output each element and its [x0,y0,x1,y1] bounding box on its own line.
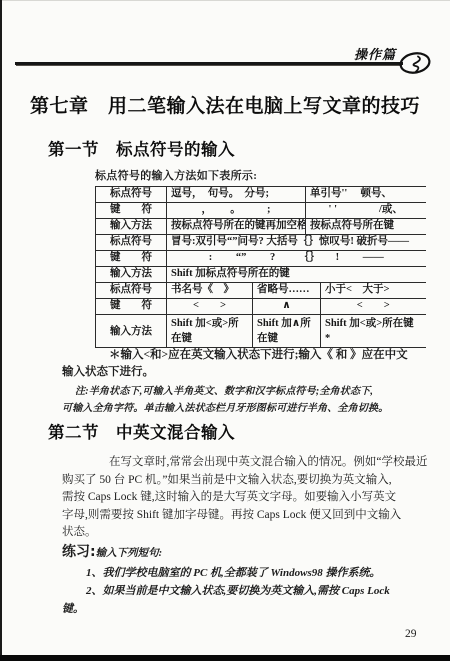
exercise-label: 练习: [62,544,96,560]
paragraph-line: 购买了 50 台 PC 机。”如果当前是中文输入状态,要切换为英文输入, [62,472,420,490]
running-header: 操作篇 [354,44,396,63]
cell: 按标点符号所在的键再加空格键 [167,219,306,235]
cell: 省略号…… [253,283,321,299]
book-page: 操作篇 第七章 用二笔输入法在电脑上写文章的技巧 第一节 标点符号的输入 标点符… [0,0,450,661]
table-row: 键 符 ， 。 ; ' ' /或、 [96,203,426,219]
scan-edge-left [0,0,2,661]
footnote-zhu-line2: 可输入全角字符。单击输入法状态栏月牙形图标可进行半角、全角切换。 [62,401,420,418]
scan-edge-top [0,0,450,1]
footnote-zhu-line1: 注:半角状态下,可输入半角英文、数字和汉字标点符号;全角状态下, [62,384,420,401]
header-rule [15,62,403,65]
paragraph-line: 字母,则需要按 Shift 键加字母键。再按 Caps Lock 便又回到中文输… [62,507,420,525]
table-row: 标点符号 冒号:双引号“”问号? 大括号｛｝惊叹号! 破折号—— [96,235,426,251]
exercise-item-1: 1、我们学校电脑室的 PC 机,全都装了 Windows98 操作系统。 [62,564,420,582]
footnote-star-line1: ＊输入<和>应在英文输入状态下进行;输入《 和 》应在中文 [62,347,420,364]
cell: 按标点符号所在键 [306,219,426,235]
footnote-star-line2: 输入状态下进行。 [62,364,420,381]
cell: Shift 加<或>所在键 * [321,315,426,348]
exercise-heading: 练习:输入下列短句: [62,541,420,561]
cell: 书名号《 》 [167,283,253,299]
table-row: 键 符 < > ∧ < > [96,299,426,315]
exercise-block: 练习:输入下列短句: 1、我们学校电脑室的 PC 机,全都装了 Windows9… [62,541,420,618]
page-number: 29 [405,628,417,640]
section1-title: 第一节 标点符号的输入 [48,136,235,160]
row-label: 键 符 [96,203,167,219]
table-row: 输入方法 按标点符号所在的键再加空格键 按标点符号所在键 [96,219,426,235]
row-label: 标点符号 [96,283,167,299]
cell: Shift 加∧所在键 [253,315,321,348]
paragraph-line: 状态。 [62,524,420,542]
row-label: 标点符号 [96,187,167,203]
table-row: 键 符 : “” ? ｛｝ ! —— [96,251,426,267]
exercise-subtitle: 输入下列短句: [96,548,163,559]
section2-paragraph: 在写文章时,常常会出现中英文混合输入的情况。例如“学校最近 购买了 50 台 P… [62,454,420,542]
row-label: 输入方法 [96,267,167,283]
row-label: 键 符 [96,299,167,315]
cell: < > [167,299,253,315]
cell: : “” ? ｛｝ ! —— [167,251,426,267]
paragraph-line: 需按 Caps Lock 键,这时输入的是大写英文字母。如要输入小写英文 [62,489,420,507]
paragraph-line: 在写文章时,常常会出现中英文混合输入的情况。例如“学校最近 [62,454,420,472]
chapter-title: 第七章 用二笔输入法在电脑上写文章的技巧 [10,91,440,118]
section2-title: 第二节 中英文混合输入 [48,419,235,443]
punctuation-table: 标点符号 逗号， 句号。 分号; 单引号'' 顿号、 键 符 ， 。 ; ' '… [95,186,426,348]
table-row: 标点符号 逗号， 句号。 分号; 单引号'' 顿号、 [96,187,426,203]
cell: 逗号， 句号。 分号; [167,187,306,203]
cell: ' ' /或、 [306,203,426,219]
row-label: 键 符 [96,251,167,267]
chapter-ornament-icon [399,51,431,75]
cell: ， 。 ; [167,203,306,219]
table-footnotes: ＊输入<和>应在英文输入状态下进行;输入《 和 》应在中文 输入状态下进行。 注… [62,347,420,417]
cell: < > [321,299,426,315]
cell: ∧ [253,299,321,315]
exercise-item-2-continuation: 键。 [62,600,420,618]
row-label: 输入方法 [96,219,167,235]
scan-edge-bottom [0,655,450,661]
table-row: 输入方法 Shift 加<或>所在键 Shift 加∧所在键 Shift 加<或… [96,315,426,348]
cell: Shift 加<或>所在键 [167,315,253,348]
row-label: 标点符号 [96,235,167,251]
exercise-item-2: 2、如果当前是中文输入状态,要切换为英文输入,需按 Caps Lock [62,582,420,600]
table-row: 输入方法 Shift 加标点符号所在的键 [96,267,426,283]
cell: 小于< 大于> [321,283,426,299]
table-intro: 标点符号的输入方法如下表所示: [95,167,257,183]
row-label: 输入方法 [96,315,167,348]
cell: 冒号:双引号“”问号? 大括号｛｝惊叹号! 破折号—— [167,235,426,251]
cell: Shift 加标点符号所在的键 [167,267,426,283]
table-row: 标点符号 书名号《 》 省略号…… 小于< 大于> [96,283,426,299]
cell: 单引号'' 顿号、 [306,187,426,203]
